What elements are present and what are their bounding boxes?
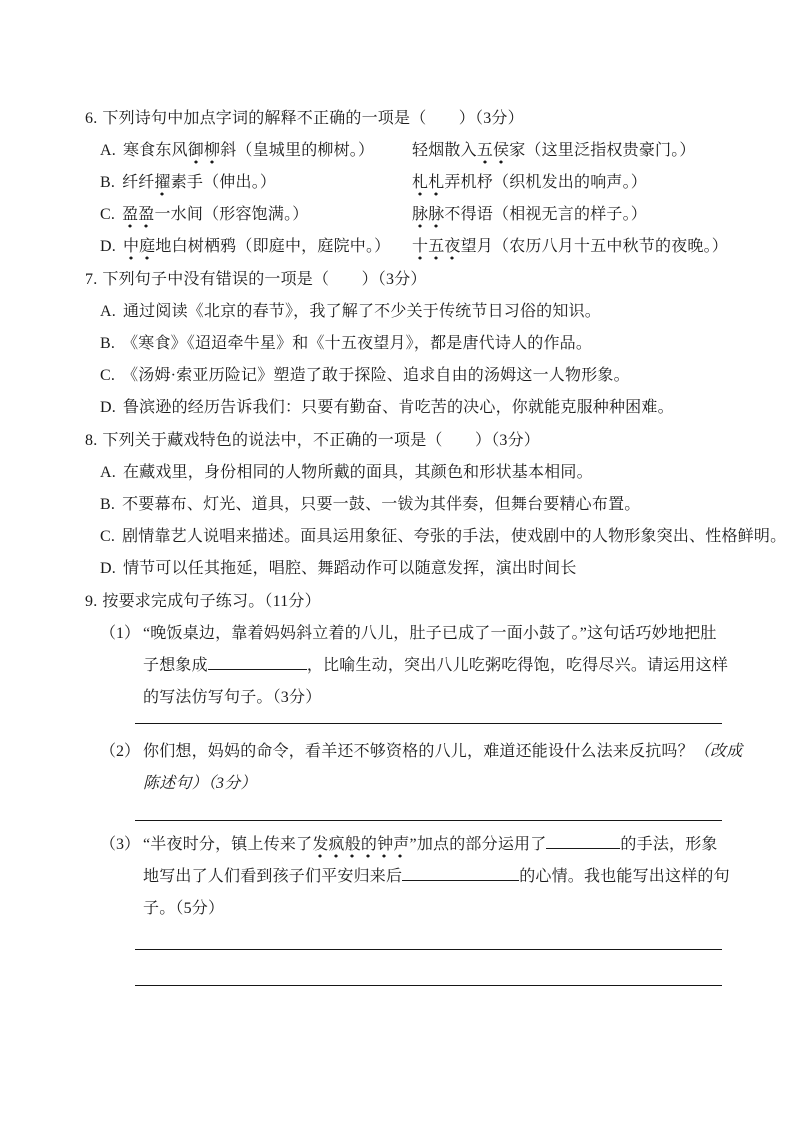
option-text: 《寒食》《迢迢牵牛星》和《十五夜望月》，都是唐代诗人的作品。 xyxy=(122,335,592,352)
option-text-left: 盈盈一水间（形容饱满。） xyxy=(122,206,308,228)
fill-in-blank xyxy=(402,865,519,881)
emphasis-dotted-text: 五侯 xyxy=(477,142,509,164)
question-7-header: 7.下列句子中没有错误的一项是（ ）（3分） xyxy=(85,263,735,296)
option-text-right: 脉脉不得语（相视无言的样子。） xyxy=(412,199,735,231)
subquestion-2: （2） 你们想，妈妈的命令，看羊还不够资格的八儿，难道还能设什么法来反抗吗？（改… xyxy=(100,736,735,800)
question-8-option-c: C.剧情靠艺人说唱来描述。面具运用象征、夸张的手法，使戏剧中的人物形象突出、性格… xyxy=(100,521,735,553)
option-text-right: 十五夜望月（农历八月十五中秋节的夜晚。） xyxy=(412,231,735,263)
option-text-left: 纤纤擢素手（伸出。） xyxy=(122,174,276,196)
question-9: 9.按要求完成句子练习。（11分） （1） “晚饭桌边，靠着妈妈斜立着的八儿，肚… xyxy=(85,585,735,986)
question-7: 7.下列句子中没有错误的一项是（ ）（3分） A.通过阅读《北京的春节》，我了解… xyxy=(85,263,735,424)
question-8-header: 8.下列关于藏戏特色的说法中，不正确的一项是（ ）（3分） xyxy=(85,424,735,457)
option-label: C. xyxy=(100,528,115,545)
option-text-left: 寒食东风御柳斜（皇城里的柳树。） xyxy=(123,142,374,164)
fill-in-blank xyxy=(208,654,307,670)
option-text: 不要幕布、灯光、道具，只要一鼓、一钹为其伴奏，但舞台要精心布置。 xyxy=(122,496,640,513)
subquestion-1-label: （1） xyxy=(100,618,143,714)
option-text-right: 札札弄机杼（织机发出的响声。） xyxy=(412,167,735,199)
emphasis-dotted-text: 盈盈 xyxy=(122,206,154,228)
question-7-option-c: C.《汤姆·索亚历险记》塑造了敢于探险、追求自由的汤姆这一人物形象。 xyxy=(100,360,735,392)
option-text: 情节可以任其拖延，唱腔、舞蹈动作可以随意发挥，演出时间长 xyxy=(123,560,577,577)
emphasis-dotted-text: 发疯般的钟声 xyxy=(312,836,409,858)
question-7-number: 7. xyxy=(85,271,97,288)
text-line: 的写法仿写句子。（3分） xyxy=(143,682,735,714)
emphasis-dotted-text: 中庭 xyxy=(123,238,155,260)
fill-in-blank xyxy=(546,833,620,849)
question-7-option-d: D.鲁滨逊的经历告诉我们：只要有勤奋、肯吃苦的决心，你就能克服种种困难。 xyxy=(100,392,735,424)
kaiti-instruction-text: （改成 xyxy=(694,743,743,760)
question-6-header: 6.下列诗句中加点字词的解释不正确的一项是（ ）（3分） xyxy=(85,102,735,135)
option-text: 通过阅读《北京的春节》，我了解了不少关于传统节日习俗的知识。 xyxy=(123,303,601,320)
question-8-option-d: D.情节可以任其拖延，唱腔、舞蹈动作可以随意发挥，演出时间长 xyxy=(100,553,735,585)
emphasis-dotted-text: 札札 xyxy=(412,174,444,196)
question-7-title: 下列句子中没有错误的一项是（ ）（3分） xyxy=(102,271,426,288)
text-line: “晚饭桌边，靠着妈妈斜立着的八儿，肚子已成了一面小鼓了。”这句话巧妙地把肚 xyxy=(143,618,735,650)
question-6-option-d: D.中庭地白树栖鸦（即庭中，庭院中。） 十五夜望月（农历八月十五中秋节的夜晚。） xyxy=(100,231,735,263)
exam-paper-page: 6.下列诗句中加点字词的解释不正确的一项是（ ）（3分） A.寒食东风御柳斜（皇… xyxy=(0,0,793,1122)
option-label: D. xyxy=(100,399,116,416)
question-9-header: 9.按要求完成句子练习。（11分） xyxy=(85,585,735,618)
text-line: 子想象成，比喻生动，突出八儿吃粥吃得饱，吃得尽兴。请运用这样 xyxy=(143,650,735,682)
answer-writing-line xyxy=(135,804,722,821)
option-label: D. xyxy=(100,560,116,577)
question-8: 8.下列关于藏戏特色的说法中，不正确的一项是（ ）（3分） A.在藏戏里，身份相… xyxy=(85,424,735,585)
option-text-left: 中庭地白树栖鸦（即庭中，庭院中。） xyxy=(123,238,390,260)
option-label: C. xyxy=(100,206,115,223)
option-text-right: 轻烟散入五侯家（这里泛指权贵豪门。） xyxy=(412,135,735,167)
subquestion-3-label: （3） xyxy=(100,829,143,925)
text-line: 地写出了人们看到孩子们平安归来后的心情。我也能写出这样的句 xyxy=(143,861,735,893)
question-7-option-a: A.通过阅读《北京的春节》，我了解了不少关于传统节日习俗的知识。 xyxy=(100,296,735,328)
option-text: 在藏戏里，身份相同的人物所戴的面具，其颜色和形状基本相同。 xyxy=(123,464,593,481)
emphasis-dotted-text: 擢 xyxy=(154,174,170,196)
option-label: A. xyxy=(100,142,116,159)
question-8-title: 下列关于藏戏特色的说法中，不正确的一项是（ ）（3分） xyxy=(102,432,540,449)
text-line: 子。（5分） xyxy=(143,893,735,925)
answer-writing-line xyxy=(135,933,722,950)
answer-writing-line xyxy=(135,950,722,986)
question-6-option-c: C.盈盈一水间（形容饱满。） 脉脉不得语（相视无言的样子。） xyxy=(100,199,735,231)
emphasis-dotted-text: 御柳 xyxy=(188,142,220,164)
option-label: A. xyxy=(100,464,116,481)
question-6-number: 6. xyxy=(85,110,97,127)
option-label: B. xyxy=(100,174,115,191)
question-6-option-a: A.寒食东风御柳斜（皇城里的柳树。） 轻烟散入五侯家（这里泛指权贵豪门。） xyxy=(100,135,735,167)
option-label: D. xyxy=(100,238,116,255)
option-label: C. xyxy=(100,367,115,384)
question-8-option-b: B.不要幕布、灯光、道具，只要一鼓、一钹为其伴奏，但舞台要精心布置。 xyxy=(100,489,735,521)
option-text: 剧情靠艺人说唱来描述。面具运用象征、夸张的手法，使戏剧中的人物形象突出、性格鲜明… xyxy=(122,528,786,545)
kaiti-instruction-text: 陈述句）（3分） xyxy=(143,775,257,792)
question-6-title: 下列诗句中加点字词的解释不正确的一项是（ ）（3分） xyxy=(102,110,523,127)
text-line: “半夜时分，镇上传来了发疯般的钟声”加点的部分运用了的手法，形象 xyxy=(143,829,735,861)
text-line: 陈述句）（3分） xyxy=(143,768,742,800)
question-9-number: 9. xyxy=(85,593,97,610)
subquestion-1: （1） “晚饭桌边，靠着妈妈斜立着的八儿，肚子已成了一面小鼓了。”这句话巧妙地把… xyxy=(100,618,735,714)
subquestion-3: （3） “半夜时分，镇上传来了发疯般的钟声”加点的部分运用了的手法，形象 地写出… xyxy=(100,829,735,925)
question-9-title: 按要求完成句子练习。（11分） xyxy=(102,593,320,610)
option-label: B. xyxy=(100,335,115,352)
option-text: 《汤姆·索亚历险记》塑造了敢于探险、追求自由的汤姆这一人物形象。 xyxy=(122,367,630,384)
text-line: 你们想，妈妈的命令，看羊还不够资格的八儿，难道还能设什么法来反抗吗？（改成 xyxy=(143,736,742,768)
question-6-option-b: B.纤纤擢素手（伸出。） 札札弄机杼（织机发出的响声。） xyxy=(100,167,735,199)
option-text: 鲁滨逊的经历告诉我们：只要有勤奋、肯吃苦的决心，你就能克服种种困难。 xyxy=(123,399,674,416)
emphasis-dotted-text: 脉脉 xyxy=(412,206,444,228)
answer-writing-line xyxy=(135,714,722,724)
question-7-option-b: B.《寒食》《迢迢牵牛星》和《十五夜望月》，都是唐代诗人的作品。 xyxy=(100,328,735,360)
question-8-number: 8. xyxy=(85,432,97,449)
subquestion-2-label: （2） xyxy=(100,736,143,800)
question-6: 6.下列诗句中加点字词的解释不正确的一项是（ ）（3分） A.寒食东风御柳斜（皇… xyxy=(85,102,735,263)
option-label: B. xyxy=(100,496,115,513)
question-8-option-a: A.在藏戏里，身份相同的人物所戴的面具，其颜色和形状基本相同。 xyxy=(100,457,735,489)
emphasis-dotted-text: 十五夜 xyxy=(412,238,461,260)
option-label: A. xyxy=(100,303,116,320)
